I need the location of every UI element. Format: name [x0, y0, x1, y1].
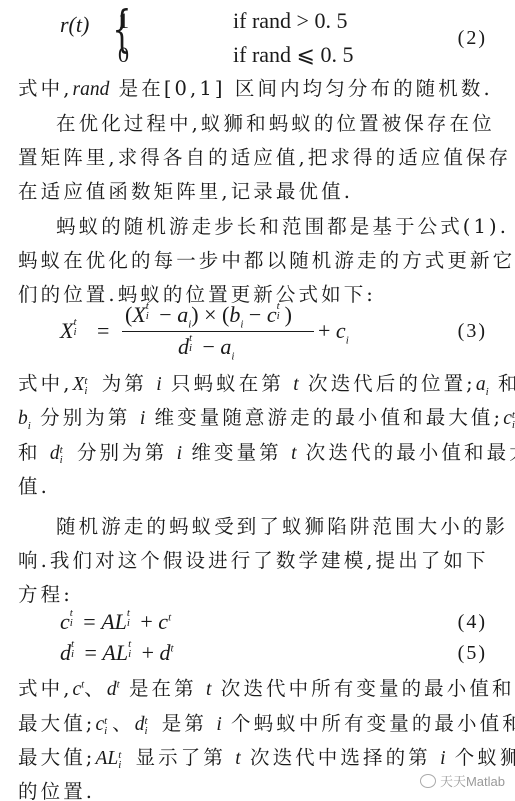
para1-var: rand [73, 79, 110, 100]
watermark: 天天Matlab [420, 771, 505, 790]
para1-line: 式中,rand 是在[0,1] 区间内均匀分布的随机数. [18, 76, 496, 103]
eq3-fraction-bar [122, 331, 314, 332]
para6-line-1: 式中,ct、dt 是在第 t 次迭代中所有变量的最小值和 [18, 676, 496, 703]
para1-rest: 是在[0,1] 区间内均匀分布的随机数. [109, 77, 492, 100]
eq3-plus-c: + ci [318, 318, 349, 344]
wechat-icon [420, 774, 436, 788]
para4-line-2: bi 分别为第 i 维变量随意游走的最小值和最大值;cti [18, 405, 496, 432]
eq3-lhs-base: X [60, 318, 73, 343]
text: 次迭代后的位置; [299, 372, 476, 395]
para3-line-1: 蚂蚁的随机游走步长和范围都是基于公式(1). [56, 214, 515, 240]
eq2-case2-op: ⩽ 0. 5 [297, 42, 354, 67]
para4-line-1: 式中,Xti 为第 i 只蚂蚁在第 t 次迭代后的位置;ai 和 [18, 371, 496, 398]
text: 分别为第 [31, 406, 140, 429]
eq2-lhs: r(t) [60, 12, 89, 38]
paper-page: r(t) { 1 if rand > 0. 5 0 if rand ⩽ 0. 5… [0, 0, 515, 801]
text: 次迭代的最小值和最大 [297, 441, 515, 464]
eq3-number: (3) [458, 320, 487, 343]
eq3-lhs: Xti [60, 318, 81, 344]
eq5-body: dti = ALti + dt [60, 640, 174, 666]
text: 最大值; [18, 746, 95, 769]
text: 和 [18, 441, 50, 464]
eq2-case2-word: if rand [233, 42, 291, 67]
text: 个蚁狮 [446, 746, 515, 769]
para6-line-3: 最大值;ALti 显示了第 t 次迭代中选择的第 i 个蚁狮 [18, 745, 496, 772]
eq2-case1-value: 1 [118, 8, 129, 34]
text: 是在第 [120, 677, 206, 700]
para4-line-4: 值. [18, 474, 496, 500]
eq2-number: (2) [458, 27, 487, 50]
eq2-case2-value: 0 [118, 42, 129, 68]
para1-prefix: 式中, [18, 77, 73, 100]
eq2-case1-word: if rand [233, 8, 291, 33]
eq3-numerator: (Xti − ai) × (bi − cti) [125, 302, 292, 328]
para3-line-2: 蚂蚁在优化的每一步中都以随机游走的方式更新它 [18, 248, 496, 274]
para5-line-3: 方程: [18, 582, 496, 608]
para5-line-2: 响.我们对这个假设进行了数学建模,提出了如下 [18, 548, 496, 574]
text: 只蚂蚁在第 [162, 372, 294, 395]
text: 维变量第 [182, 441, 291, 464]
text: 显示了第 [126, 746, 235, 769]
text: 次迭代中选择的第 [241, 746, 440, 769]
para5-line-1: 随机游走的蚂蚁受到了蚁狮陷阱范围大小的影 [56, 514, 515, 540]
text: 个蚂蚁中所有变量的最小值和 [222, 712, 515, 735]
eq2-case1-op: > 0. 5 [297, 8, 348, 33]
eq4-body: cti = ALti + ct [60, 609, 171, 635]
text: 维变量随意游走的最小值和最大值; [145, 406, 503, 429]
eq4-number: (4) [458, 611, 487, 634]
para4-line-3: 和 dti 分别为第 i 维变量第 t 次迭代的最小值和最大 [18, 440, 496, 467]
para2-line-3: 在适应值函数矩阵里,记录最优值. [18, 179, 496, 205]
para2-line-1: 在优化过程中,蚁狮和蚂蚁的位置被保存在位 [56, 111, 515, 137]
para6-line-2: 最大值;cti、dti 是第 i 个蚂蚁中所有变量的最小值和 [18, 711, 496, 738]
text: 分别为第 [68, 441, 177, 464]
eq2-case1-cond: if rand > 0. 5 [233, 8, 347, 34]
text: 是第 [153, 712, 217, 735]
para2-line-2: 置矩阵里,求得各自的适应值,把求得的适应值保存 [18, 145, 496, 171]
eq3-equals: = [97, 318, 109, 344]
eq2-case2-cond: if rand ⩽ 0. 5 [233, 42, 353, 68]
text: 最大值; [18, 712, 95, 735]
text: 式中, [18, 372, 73, 395]
eq3-denominator: dti − ai [178, 334, 234, 360]
text: 和 [489, 372, 515, 395]
text: 为第 [92, 372, 156, 395]
text: 式中, [18, 677, 73, 700]
text: 次迭代中所有变量的最小值和 [211, 677, 514, 700]
watermark-text: 天天Matlab [440, 774, 505, 789]
eq5-number: (5) [458, 642, 487, 665]
